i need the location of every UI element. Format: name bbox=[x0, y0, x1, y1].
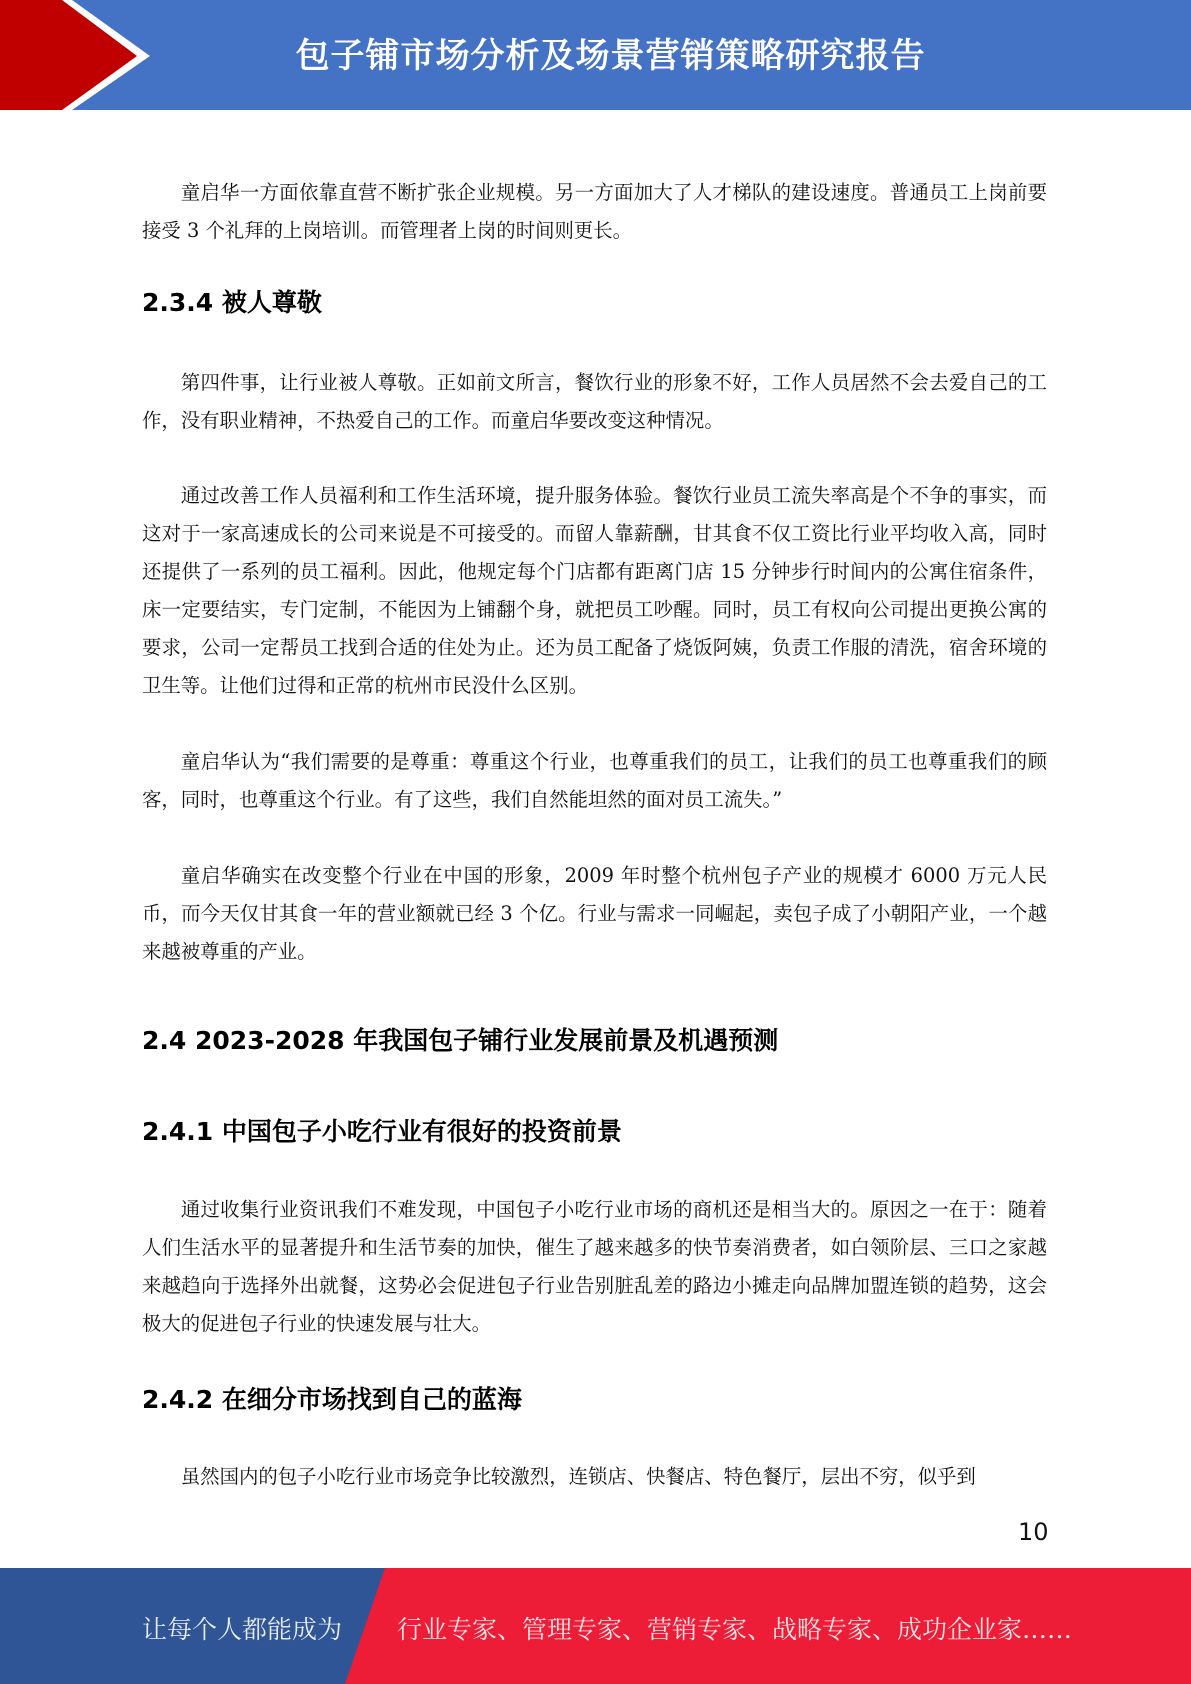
footer-slogan-right: 行业专家、管理专家、营销专家、战略专家、成功企业家…… bbox=[397, 1610, 1072, 1646]
page-number: 10 bbox=[1018, 1518, 1049, 1546]
paragraph: 童启华确实在改变整个行业在中国的形象，2009 年时整个杭州包子产业的规模才 6… bbox=[142, 857, 1047, 971]
paragraph: 第四件事，让行业被人尊敬。正如前文所言，餐饮行业的形象不好，工作人员居然不会去爱… bbox=[142, 364, 1047, 440]
section-heading-2-4: 2.4 2023-2028 年我国包子铺行业发展前景及机遇预测 bbox=[142, 1021, 778, 1057]
paragraph: 童启华认为“我们需要的是尊重：尊重这个行业，也尊重我们的员工，让我们的员工也尊重… bbox=[142, 743, 1047, 819]
paragraph: 虽然国内的包子小吃行业市场竞争比较激烈，连锁店、快餐店、特色餐厅，层出不穷，似乎… bbox=[142, 1458, 1047, 1496]
page-header-banner: 包子铺市场分析及场景营销策略研究报告 bbox=[0, 0, 1191, 110]
report-title: 包子铺市场分析及场景营销策略研究报告 bbox=[0, 28, 1191, 77]
paragraph: 童启华一方面依靠直营不断扩张企业规模。另一方面加大了人才梯队的建设速度。普通员工… bbox=[142, 174, 1047, 250]
section-heading-2-3-4: 2.3.4 被人尊敬 bbox=[142, 283, 322, 319]
paragraph: 通过收集行业资讯我们不难发现，中国包子小吃行业市场的商机还是相当大的。原因之一在… bbox=[142, 1191, 1047, 1343]
footer-slogan-left: 让每个人都能成为 bbox=[142, 1610, 342, 1646]
section-heading-2-4-2: 2.4.2 在细分市场找到自己的蓝海 bbox=[142, 1380, 522, 1416]
section-heading-2-4-1: 2.4.1 中国包子小吃行业有很好的投资前景 bbox=[142, 1112, 622, 1148]
page-footer-banner: 让每个人都能成为 行业专家、管理专家、营销专家、战略专家、成功企业家…… bbox=[0, 1568, 1191, 1684]
paragraph: 通过改善工作人员福利和工作生活环境，提升服务体验。餐饮行业员工流失率高是个不争的… bbox=[142, 477, 1047, 705]
